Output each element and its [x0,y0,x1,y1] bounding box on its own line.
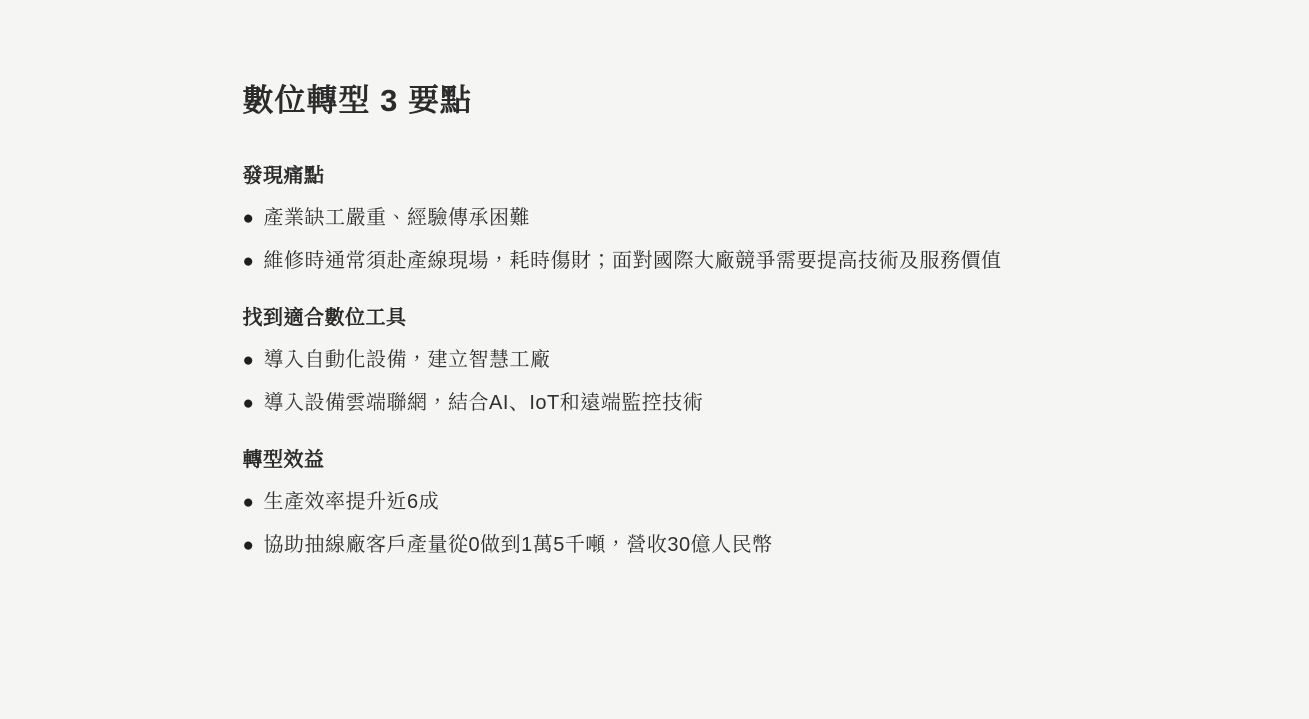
article-section: 發現痛點●產業缺工嚴重、經驗傳承困難●維修時通常須赴產線現場，耗時傷財；面對國際… [243,155,1067,283]
page-title: 數位轉型 3 要點 [243,79,1067,122]
article-section: 找到適合數位工具●導入自動化設備，建立智慧工廠●導入設備雲端聯網，結合AI、Io… [243,297,1067,425]
article-body: 數位轉型 3 要點 發現痛點●產業缺工嚴重、經驗傳承困難●維修時通常須赴產線現場… [243,0,1067,567]
bullet-circle-icon: ● [243,492,255,513]
bullet-text: 產業缺工嚴重、經驗傳承困難 [263,207,530,229]
section-heading: 轉型效益 [243,439,1067,481]
bullet-item: ●導入設備雲端聯網，結合AI、IoT和遠端監控技術 [243,382,1067,425]
bullet-circle-icon: ● [243,535,255,556]
bullet-item: ●產業缺工嚴重、經驗傳承困難 [243,197,1067,240]
bullet-circle-icon: ● [243,393,255,414]
page-background: { "page": { "background_color": "#f5f5f3… [0,0,1309,719]
bullet-text: 維修時通常須赴產線現場，耗時傷財；面對國際大廠競爭需要提高技術及服務價值 [263,250,1001,272]
bullet-item: ●導入自動化設備，建立智慧工廠 [243,339,1067,382]
bullet-text: 生產效率提升近6成 [263,491,439,513]
bullet-text: 導入自動化設備，建立智慧工廠 [263,349,550,371]
bullet-circle-icon: ● [243,208,255,229]
bullet-item: ●維修時通常須赴產線現場，耗時傷財；面對國際大廠競爭需要提高技術及服務價值 [243,240,1067,283]
bullet-item: ●協助抽線廠客戶產量從0做到1萬5千噸，營收30億人民幣 [243,524,1067,567]
bullet-text: 協助抽線廠客戶產量從0做到1萬5千噸，營收30億人民幣 [263,534,772,556]
section-heading: 發現痛點 [243,155,1067,197]
bullet-text: 導入設備雲端聯網，結合AI、IoT和遠端監控技術 [263,392,703,414]
article-section: 轉型效益●生產效率提升近6成●協助抽線廠客戶產量從0做到1萬5千噸，營收30億人… [243,439,1067,567]
bullet-item: ●生產效率提升近6成 [243,481,1067,524]
bullet-circle-icon: ● [243,251,255,272]
article-sections: 發現痛點●產業缺工嚴重、經驗傳承困難●維修時通常須赴產線現場，耗時傷財；面對國際… [243,155,1067,567]
section-heading: 找到適合數位工具 [243,297,1067,339]
bullet-circle-icon: ● [243,350,255,371]
